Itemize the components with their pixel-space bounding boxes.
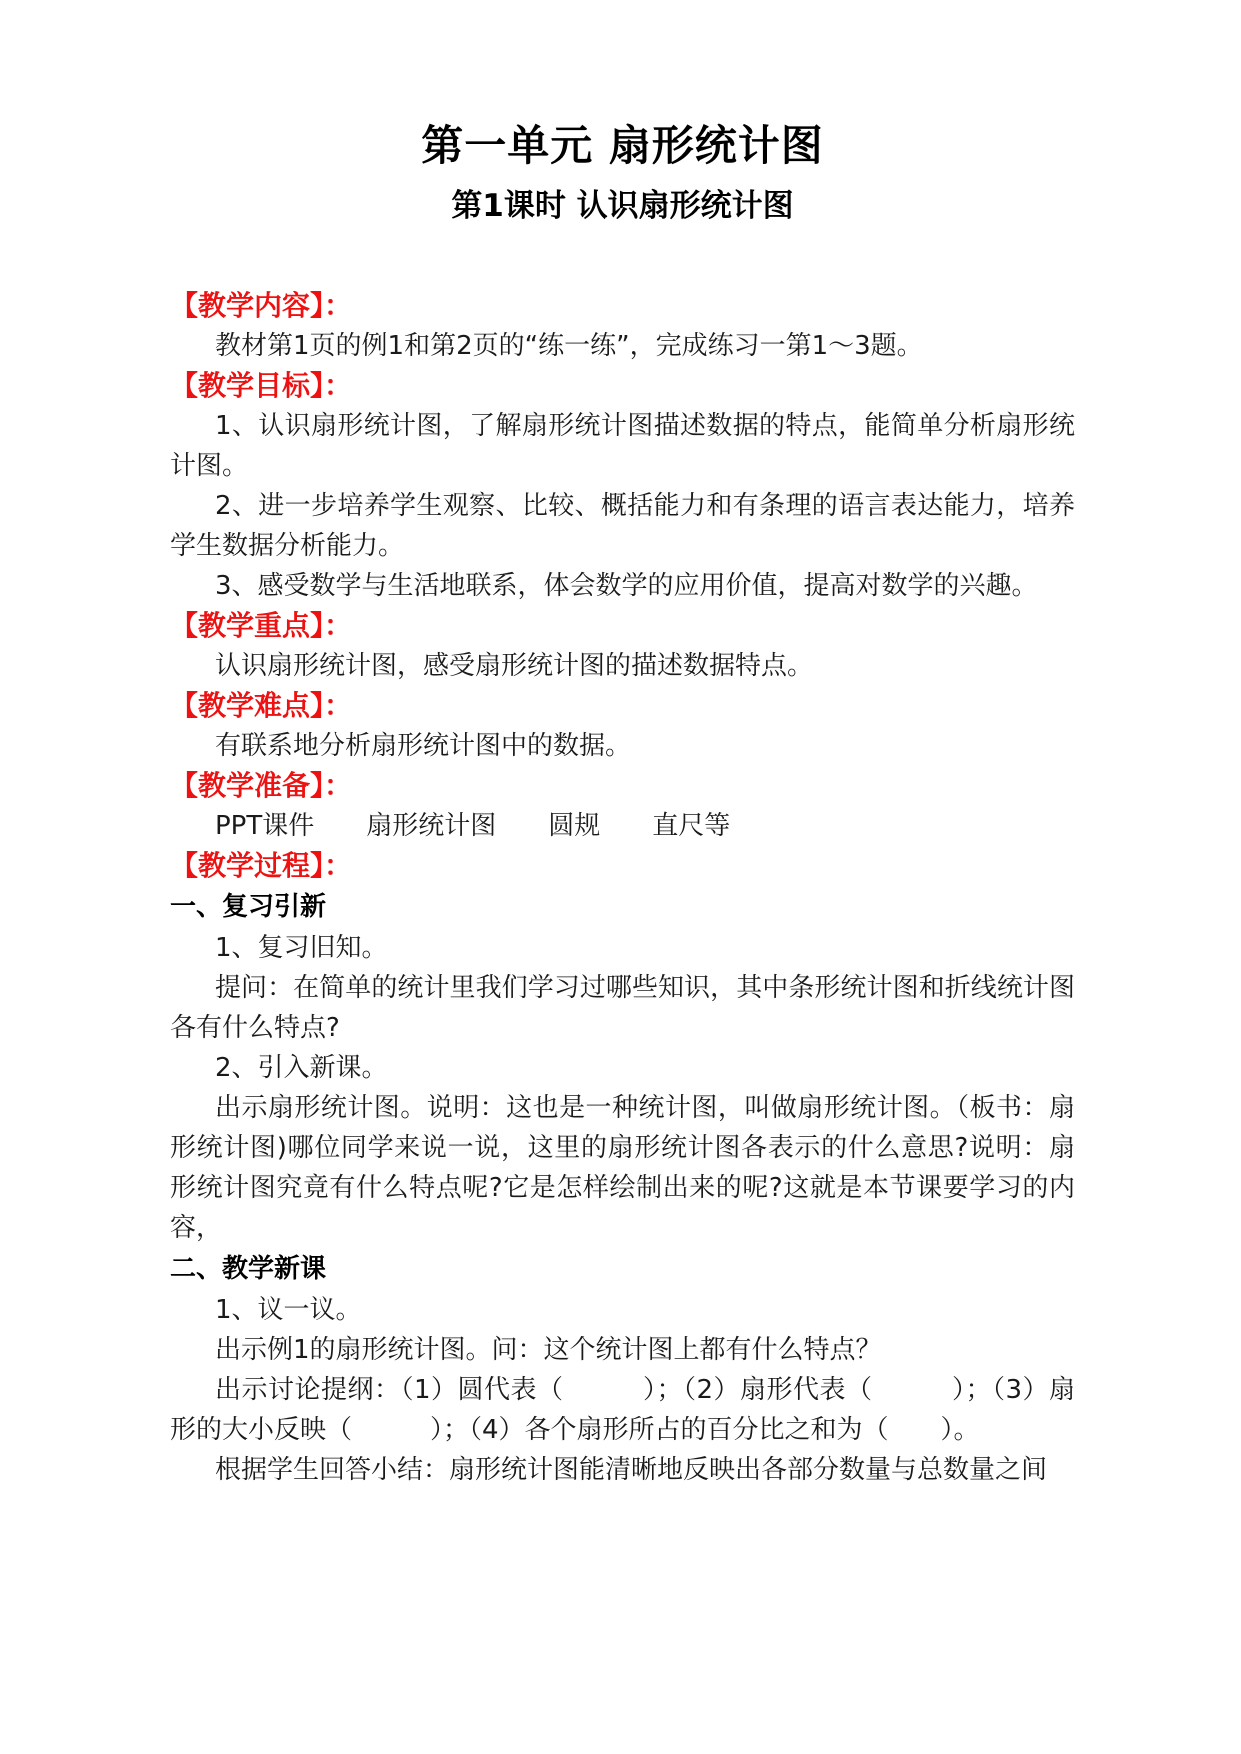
paragraph: 出示扇形统计图。说明：这也是一种统计图，叫做扇形统计图。（板书：扇形统计图)哪位… [170,1088,1075,1248]
section-heading: 【教学目标】： [170,366,1075,406]
paragraph: 教材第1页的例1和第2页的“练一练”，完成练习一第1～3题。 [170,326,1075,366]
paragraph: 有联系地分析扇形统计图中的数据。 [170,726,1075,766]
paragraph: PPT课件 扇形统计图 圆规 直尺等 [170,806,1075,846]
paragraph: 提问：在简单的统计里我们学习过哪些知识，其中条形统计图和折线统计图各有什么特点? [170,968,1075,1048]
paragraph: 1、议一议。 [170,1290,1075,1330]
paragraph: 2、引入新课。 [170,1048,1075,1088]
document-body: 【教学内容】：教材第1页的例1和第2页的“练一练”，完成练习一第1～3题。【教学… [170,286,1075,1490]
paragraph: 3、感受数学与生活地联系，体会数学的应用价值，提高对数学的兴趣。 [170,566,1075,606]
paragraph: 2、进一步培养学生观察、比较、概括能力和有条理的语言表达能力，培养学生数据分析能… [170,486,1075,566]
paragraph: 1、认识扇形统计图，了解扇形统计图描述数据的特点，能简单分析扇形统计图。 [170,406,1075,486]
document-subtitle: 第1课时 认识扇形统计图 [170,184,1075,228]
document-title: 第一单元 扇形统计图 [170,118,1075,174]
subsection-heading: 二、教学新课 [170,1248,1075,1290]
subsection-heading: 一、复习引新 [170,886,1075,928]
section-heading: 【教学准备】： [170,766,1075,806]
section-heading: 【教学内容】： [170,286,1075,326]
paragraph: 认识扇形统计图，感受扇形统计图的描述数据特点。 [170,646,1075,686]
section-heading: 【教学难点】： [170,686,1075,726]
section-heading: 【教学重点】： [170,606,1075,646]
section-heading: 【教学过程】： [170,846,1075,886]
document-page: 第一单元 扇形统计图 第1课时 认识扇形统计图 【教学内容】：教材第1页的例1和… [0,0,1241,1754]
paragraph: 出示例1的扇形统计图。问：这个统计图上都有什么特点？ [170,1330,1075,1370]
paragraph: 根据学生回答小结：扇形统计图能清晰地反映出各部分数量与总数量之间 [170,1450,1075,1490]
paragraph: 出示讨论提纲：（1）圆代表（ ）；（2）扇形代表（ ）；（3）扇形的大小反映（ … [170,1370,1075,1450]
paragraph: 1、复习旧知。 [170,928,1075,968]
